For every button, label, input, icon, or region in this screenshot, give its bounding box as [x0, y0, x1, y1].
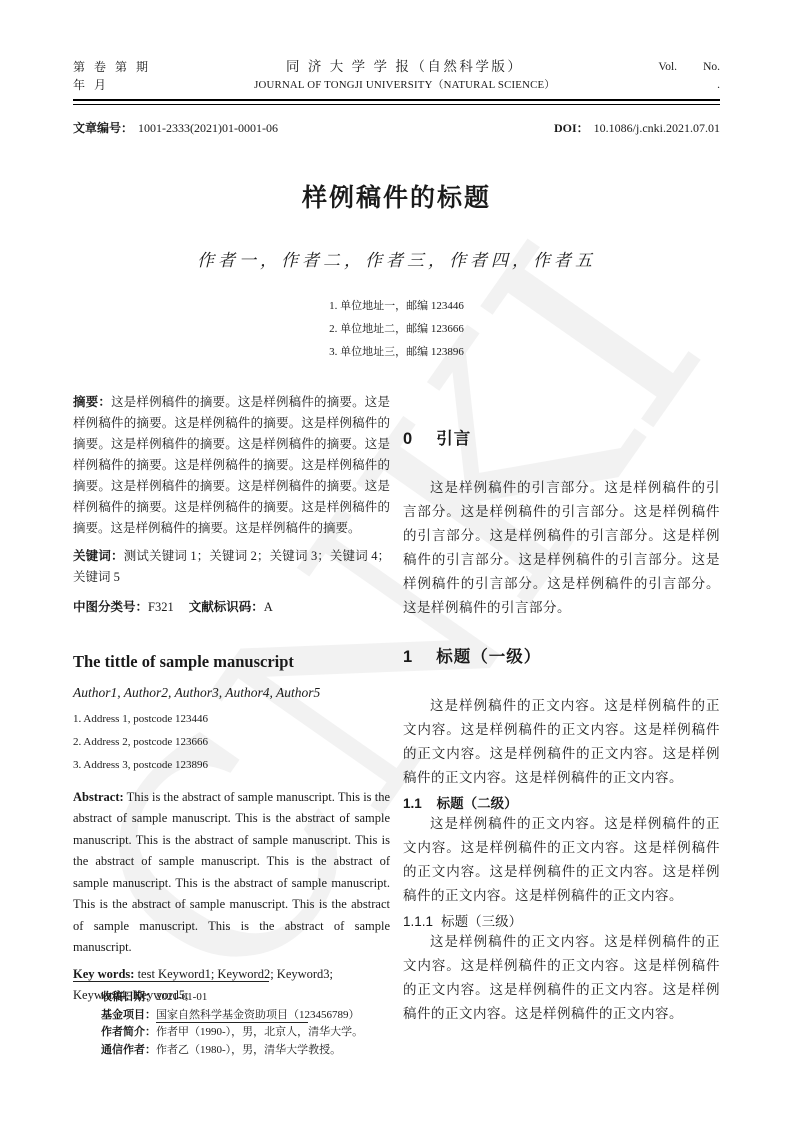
doc-code-value: A: [264, 600, 273, 614]
paper-title: 样例稿件的标题: [73, 178, 720, 214]
doi-line: DOI：10.1086/j.cnki.2021.07.01: [554, 119, 720, 136]
affiliation-en-item: 1. Address 1, postcode 123446: [73, 708, 390, 731]
left-column: 摘要：这是样例稿件的摘要。这是样例稿件的摘要。这是样例稿件的摘要。这是样例稿件的…: [73, 392, 390, 1026]
section-heading-level2: 1.1标题（二级）: [403, 792, 720, 812]
footnote-text: 作者甲（1990-），男，北京人，清华大学。: [156, 1026, 363, 1038]
paper-authors-en: Author1, Author2, Author3, Author4, Auth…: [73, 685, 390, 701]
section-body: 这是样例稿件的正文内容。这是样例稿件的正文内容。这是样例稿件的正文内容。这是样例…: [403, 694, 720, 790]
footnote-label: 收稿日期：: [101, 991, 156, 1003]
abstract-cn-text: 这是样例稿件的摘要。这是样例稿件的摘要。这是样例稿件的摘要。这是样例稿件的摘要。…: [73, 395, 390, 535]
vol-label: Vol.: [658, 58, 677, 76]
journal-title-block: 同 济 大 学 学 报（自然科学版） JOURNAL OF TONGJI UNI…: [151, 58, 658, 94]
page: CNKI 第 卷 第 期 年 月 同 济 大 学 学 报（自然科学版） JOUR…: [0, 0, 794, 1123]
footnote-author-bio: 作者简介：作者甲（1990-），男，北京人，清华大学。: [73, 1024, 413, 1042]
section-number: 1.1: [403, 796, 422, 811]
keywords-cn: 关键词：测试关键词 1；关键词 2；关键词 3；关键词 4；关键词 5: [73, 546, 390, 588]
no-label: No.: [703, 58, 720, 76]
right-column: 0引言 这是样例稿件的引言部分。这是样例稿件的引言部分。这是样例稿件的引言部分。…: [403, 392, 720, 1026]
section-number: 0: [403, 430, 413, 448]
section-heading-level3: 1.1.1标题（三级）: [403, 910, 720, 930]
affiliations-en: 1. Address 1, postcode 123446 2. Address…: [73, 708, 390, 777]
affiliation-item: 2. 单位地址二，邮编 123666: [73, 318, 720, 341]
section-heading-level1: 1标题（一级）: [403, 643, 720, 667]
article-meta-row: 文章编号：1001-2333(2021)01-0001-06 DOI：10.10…: [73, 119, 720, 136]
article-number-value: 1001-2333(2021)01-0001-06: [138, 121, 278, 135]
paper-title-en: The tittle of sample manuscript: [73, 652, 390, 672]
journal-header: 第 卷 第 期 年 月 同 济 大 学 学 报（自然科学版） JOURNAL O…: [73, 58, 720, 94]
clc-line: 中图分类号：F321文献标识码：A: [73, 597, 390, 615]
issue-volume-line: 第 卷 第 期: [73, 58, 151, 76]
issue-info: 第 卷 第 期 年 月: [73, 58, 151, 94]
section-title: 引言: [436, 430, 471, 448]
keywords-cn-label: 关键词：: [73, 549, 124, 563]
issue-date-line: 年 月: [73, 76, 151, 94]
section-body: 这是样例稿件的正文内容。这是样例稿件的正文内容。这是样例稿件的正文内容。这是样例…: [403, 930, 720, 1026]
footnote-label: 通信作者：: [101, 1044, 156, 1056]
footnote-text: 2021-01-01: [156, 991, 207, 1003]
journal-title-cn: 同 济 大 学 学 报（自然科学版）: [151, 58, 658, 76]
article-number-label: 文章编号：: [73, 121, 133, 135]
doi-label: DOI：: [554, 121, 589, 135]
section-title: 标题（三级）: [441, 914, 522, 929]
footnote-corresponding-author: 通信作者：作者乙（1980-），男，清华大学教授。: [73, 1042, 413, 1060]
affiliation-item: 1. 单位地址一，邮编 123446: [73, 295, 720, 318]
footnote-label: 作者简介：: [101, 1026, 156, 1038]
footnote-received-date: 收稿日期：2021-01-01: [73, 989, 413, 1007]
two-column-body: 摘要：这是样例稿件的摘要。这是样例稿件的摘要。这是样例稿件的摘要。这是样例稿件的…: [73, 392, 720, 1026]
affiliation-en-item: 2. Address 2, postcode 123666: [73, 731, 390, 754]
abstract-en: Abstract: This is the abstract of sample…: [73, 787, 390, 959]
abstract-en-label: Abstract:: [73, 790, 124, 804]
affiliations-cn: 1. 单位地址一，邮编 123446 2. 单位地址二，邮编 123666 3.…: [73, 295, 720, 364]
section-title: 标题（二级）: [437, 796, 518, 811]
doi-value: 10.1086/j.cnki.2021.07.01: [594, 121, 720, 135]
section-number: 1: [403, 648, 413, 666]
page-content: 第 卷 第 期 年 月 同 济 大 学 学 报（自然科学版） JOURNAL O…: [0, 0, 794, 1026]
keywords-en-label: Key words:: [73, 967, 134, 981]
article-number-line: 文章编号：1001-2333(2021)01-0001-06: [73, 119, 278, 136]
section-body: 这是样例稿件的正文内容。这是样例稿件的正文内容。这是样例稿件的正文内容。这是样例…: [403, 812, 720, 908]
footnote-text: 作者乙（1980-），男，清华大学教授。: [156, 1044, 341, 1056]
issue-dot: .: [658, 76, 720, 94]
affiliation-item: 3. 单位地址三，邮编 123896: [73, 341, 720, 364]
paper-authors-cn: 作者一，作者二，作者三，作者四，作者五: [73, 246, 720, 271]
clc-label: 中图分类号：: [73, 600, 148, 614]
abstract-cn-label: 摘要：: [73, 395, 111, 409]
footnote-text: 国家自然科学基金资助项目（123456789）: [156, 1009, 360, 1021]
journal-title-en: JOURNAL OF TONGJI UNIVERSITY（NATURAL SCI…: [151, 76, 658, 94]
section-number: 1.1.1: [403, 914, 433, 929]
vol-no-block: Vol. No. .: [658, 58, 720, 94]
doc-code-label: 文献标识码：: [189, 600, 264, 614]
abstract-cn: 摘要：这是样例稿件的摘要。这是样例稿件的摘要。这是样例稿件的摘要。这是样例稿件的…: [73, 392, 390, 539]
abstract-en-text: This is the abstract of sample manuscrip…: [73, 790, 390, 955]
header-double-rule: [73, 99, 720, 105]
footnote-block: 收稿日期：2021-01-01 基金项目：国家自然科学基金资助项目（123456…: [73, 981, 413, 1059]
footnote-rule: [73, 981, 269, 982]
section-body: 这是样例稿件的引言部分。这是样例稿件的引言部分。这是样例稿件的引言部分。这是样例…: [403, 476, 720, 620]
section-heading-introduction: 0引言: [403, 425, 720, 449]
section-title: 标题（一级）: [436, 648, 541, 666]
footnote-fund: 基金项目：国家自然科学基金资助项目（123456789）: [73, 1007, 413, 1025]
footnote-label: 基金项目：: [101, 1009, 156, 1021]
affiliation-en-item: 3. Address 3, postcode 123896: [73, 754, 390, 777]
clc-value: F321: [148, 600, 174, 614]
